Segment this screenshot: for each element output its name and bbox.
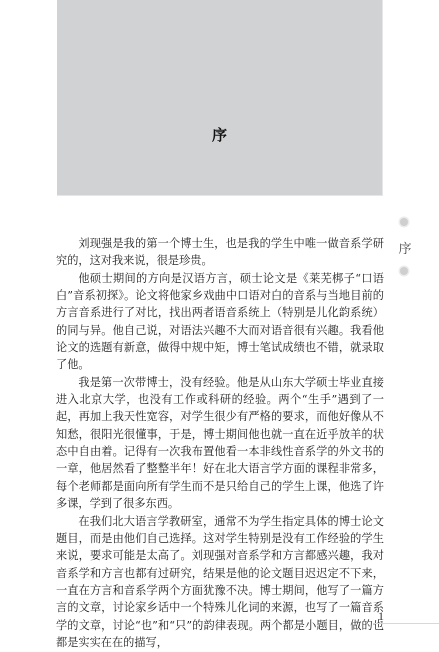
paragraph: 在我们北大语言学教研室，通常不为学生指定具体的博士论文题目，而是由他们自己选择。… (56, 513, 384, 652)
dot-icon (400, 218, 408, 226)
side-chapter-label: 序 (397, 238, 413, 257)
page-number: 1 (378, 609, 384, 624)
chapter-header-block: 序 (57, 0, 383, 196)
page-number-rule (373, 623, 439, 624)
chapter-title: 序 (57, 124, 382, 145)
paragraph: 刘现强是我的第一个博士生，也是我的学生中唯一做音系学研究的，这对我来说，很是珍贵… (56, 235, 384, 270)
paragraph: 我是第一次带博士，没有经验。他是从山东大学硕士毕业直接进入北京大学，也没有工作或… (56, 374, 384, 513)
dot-icon (400, 267, 408, 275)
preface-body: 刘现强是我的第一个博士生，也是我的学生中唯一做音系学研究的，这对我来说，很是珍贵… (56, 235, 384, 651)
paragraph: 他硕士期间的方向是汉语方言，硕士论文是《莱芜梆子“口语白”音系初探》。论文将他家… (56, 270, 384, 374)
